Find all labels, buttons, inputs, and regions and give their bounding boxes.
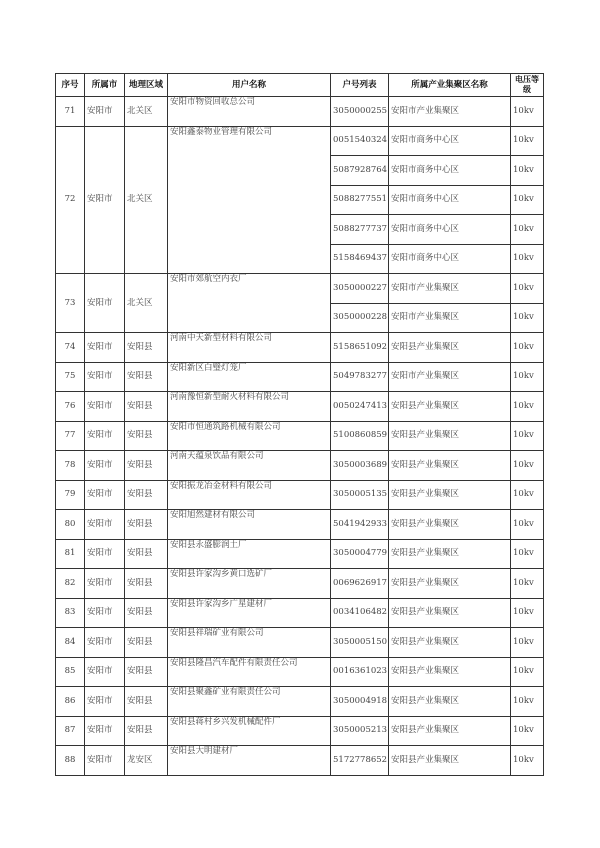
- cell-user-name: 安阳新区白璧灯笼厂: [168, 362, 331, 392]
- table-row: 87安阳市安阳县安阳县蒋村乡兴发机械配件厂3050005213安阳县产业集聚区1…: [56, 716, 544, 746]
- cell-area: 安阳县: [125, 333, 168, 363]
- table-header-row: 序号 所属市 地理区域 用户名称 户号列表 所属产业集聚区名称 电压等级: [56, 74, 544, 97]
- cell-cluster: 安阳市商务中心区: [389, 156, 511, 186]
- cell-city: 安阳市: [85, 569, 125, 599]
- cell-seq: 74: [56, 333, 85, 363]
- cell-voltage: 10kv: [511, 126, 544, 156]
- cell-account: 3050004918: [331, 687, 389, 717]
- cell-cluster: 安阳市产业集聚区: [389, 303, 511, 333]
- cell-city: 安阳市: [85, 746, 125, 776]
- cell-account: 0069626917: [331, 569, 389, 599]
- cell-area: 安阳县: [125, 510, 168, 540]
- cell-voltage: 10kv: [511, 362, 544, 392]
- cell-city: 安阳市: [85, 362, 125, 392]
- cell-seq: 77: [56, 421, 85, 451]
- cell-account: 5088277551: [331, 185, 389, 215]
- cell-seq: 76: [56, 392, 85, 422]
- table-row: 75安阳市安阳县安阳新区白璧灯笼厂5049783277安阳市产业集聚区10kv: [56, 362, 544, 392]
- cell-voltage: 10kv: [511, 421, 544, 451]
- cell-city: 安阳市: [85, 657, 125, 687]
- cell-city: 安阳市: [85, 97, 125, 127]
- cell-account: 3050004779: [331, 539, 389, 569]
- cell-user-name: 安阳县聚鑫矿业有限责任公司: [168, 687, 331, 717]
- table-row: 82安阳市安阳县安阳县许家沟乡黄口选矿厂0069626917安阳县产业集聚区10…: [56, 569, 544, 599]
- header-user-name: 用户名称: [168, 74, 331, 97]
- cell-area: 北关区: [125, 97, 168, 127]
- cell-account: 5100860859: [331, 421, 389, 451]
- table-row: 78安阳市安阳县河南天蕴泉饮品有限公司3050003689安阳县产业集聚区10k…: [56, 451, 544, 481]
- table-row: 80安阳市安阳县安阳旭然建材有限公司5041942933安阳县产业集聚区10kv: [56, 510, 544, 540]
- cell-account: 5088277737: [331, 215, 389, 245]
- cell-city: 安阳市: [85, 687, 125, 717]
- cell-voltage: 10kv: [511, 333, 544, 363]
- cell-account: 3050005213: [331, 716, 389, 746]
- cell-area: 安阳县: [125, 657, 168, 687]
- cell-user-name: 安阳市郊航空内衣厂: [168, 274, 331, 333]
- cell-voltage: 10kv: [511, 746, 544, 776]
- cell-city: 安阳市: [85, 274, 125, 333]
- cell-city: 安阳市: [85, 126, 125, 274]
- cell-seq: 75: [56, 362, 85, 392]
- cell-cluster: 安阳县产业集聚区: [389, 746, 511, 776]
- cell-account: 3050005135: [331, 480, 389, 510]
- cell-account: 5158651092: [331, 333, 389, 363]
- cell-voltage: 10kv: [511, 657, 544, 687]
- cell-cluster: 安阳县产业集聚区: [389, 598, 511, 628]
- cell-user-name: 河南天蕴泉饮品有限公司: [168, 451, 331, 481]
- cell-area: 安阳县: [125, 421, 168, 451]
- cell-voltage: 10kv: [511, 569, 544, 599]
- table-row: 74安阳市安阳县河南中天新型材料有限公司5158651092安阳县产业集聚区10…: [56, 333, 544, 363]
- table-row: 88安阳市龙安区安阳县大明建材厂5172778652安阳县产业集聚区10kv: [56, 746, 544, 776]
- table-row: 84安阳市安阳县安阳县祥瑞矿业有限公司3050005150安阳县产业集聚区10k…: [56, 628, 544, 658]
- cell-cluster: 安阳县产业集聚区: [389, 480, 511, 510]
- cell-city: 安阳市: [85, 510, 125, 540]
- cell-cluster: 安阳县产业集聚区: [389, 628, 511, 658]
- cell-cluster: 安阳县产业集聚区: [389, 657, 511, 687]
- cell-city: 安阳市: [85, 421, 125, 451]
- cell-user-name: 安阳鑫泰物业管理有限公司: [168, 126, 331, 274]
- cell-city: 安阳市: [85, 539, 125, 569]
- cell-cluster: 安阳县产业集聚区: [389, 569, 511, 599]
- cell-city: 安阳市: [85, 333, 125, 363]
- header-seq: 序号: [56, 74, 85, 97]
- cell-voltage: 10kv: [511, 451, 544, 481]
- cell-seq: 87: [56, 716, 85, 746]
- cell-city: 安阳市: [85, 716, 125, 746]
- cell-voltage: 10kv: [511, 480, 544, 510]
- cell-voltage: 10kv: [511, 303, 544, 333]
- cell-voltage: 10kv: [511, 274, 544, 304]
- header-voltage: 电压等级: [511, 74, 544, 97]
- cell-seq: 80: [56, 510, 85, 540]
- cell-account: 5049783277: [331, 362, 389, 392]
- table-body: 71安阳市北关区安阳市物资回收总公司3050000255安阳市产业集聚区10kv…: [56, 97, 544, 776]
- cell-cluster: 安阳县产业集聚区: [389, 451, 511, 481]
- header-city: 所属市: [85, 74, 125, 97]
- cell-user-name: 河南豫恒新型耐火材料有限公司: [168, 392, 331, 422]
- cell-voltage: 10kv: [511, 97, 544, 127]
- cell-cluster: 安阳市商务中心区: [389, 244, 511, 274]
- cell-user-name: 安阳振龙冶金材料有限公司: [168, 480, 331, 510]
- cell-voltage: 10kv: [511, 716, 544, 746]
- cell-account: 3050005150: [331, 628, 389, 658]
- cell-area: 安阳县: [125, 451, 168, 481]
- cell-user-name: 安阳市物资回收总公司: [168, 97, 331, 127]
- table-row: 83安阳市安阳县安阳县许家沟乡广星建材厂0034106482安阳县产业集聚区10…: [56, 598, 544, 628]
- cell-account: 5158469437: [331, 244, 389, 274]
- cell-voltage: 10kv: [511, 156, 544, 186]
- cell-user-name: 河南中天新型材料有限公司: [168, 333, 331, 363]
- cell-city: 安阳市: [85, 392, 125, 422]
- cell-cluster: 安阳县产业集聚区: [389, 421, 511, 451]
- user-cluster-table: 序号 所属市 地理区域 用户名称 户号列表 所属产业集聚区名称 电压等级 71安…: [55, 73, 544, 776]
- cell-cluster: 安阳县产业集聚区: [389, 539, 511, 569]
- cell-city: 安阳市: [85, 480, 125, 510]
- table-row: 85安阳市安阳县安阳县隆昌汽车配件有限责任公司0016361023安阳县产业集聚…: [56, 657, 544, 687]
- cell-area: 安阳县: [125, 362, 168, 392]
- cell-account: 5172778652: [331, 746, 389, 776]
- cell-user-name: 安阳市恒通筑路机械有限公司: [168, 421, 331, 451]
- cell-cluster: 安阳县产业集聚区: [389, 687, 511, 717]
- cell-city: 安阳市: [85, 628, 125, 658]
- cell-voltage: 10kv: [511, 392, 544, 422]
- cell-area: 安阳县: [125, 716, 168, 746]
- cell-seq: 86: [56, 687, 85, 717]
- header-area: 地理区域: [125, 74, 168, 97]
- cell-seq: 79: [56, 480, 85, 510]
- table-row: 73安阳市北关区安阳市郊航空内衣厂3050000227安阳市产业集聚区10kv: [56, 274, 544, 304]
- cell-cluster: 安阳市产业集聚区: [389, 97, 511, 127]
- cell-account: 3050000227: [331, 274, 389, 304]
- cell-voltage: 10kv: [511, 628, 544, 658]
- cell-area: 安阳县: [125, 598, 168, 628]
- cell-account: 0034106482: [331, 598, 389, 628]
- cell-seq: 72: [56, 126, 85, 274]
- cell-account: 3050003689: [331, 451, 389, 481]
- cell-account: 3050000255: [331, 97, 389, 127]
- cell-cluster: 安阳县产业集聚区: [389, 510, 511, 540]
- cell-seq: 84: [56, 628, 85, 658]
- table-row: 86安阳市安阳县安阳县聚鑫矿业有限责任公司3050004918安阳县产业集聚区1…: [56, 687, 544, 717]
- cell-user-name: 安阳县许家沟乡广星建材厂: [168, 598, 331, 628]
- table-row: 79安阳市安阳县安阳振龙冶金材料有限公司3050005135安阳县产业集聚区10…: [56, 480, 544, 510]
- cell-cluster: 安阳市商务中心区: [389, 215, 511, 245]
- cell-account: 3050000228: [331, 303, 389, 333]
- cell-user-name: 安阳县大明建材厂: [168, 746, 331, 776]
- cell-cluster: 安阳县产业集聚区: [389, 392, 511, 422]
- cell-area: 北关区: [125, 274, 168, 333]
- cell-area: 安阳县: [125, 569, 168, 599]
- cell-seq: 73: [56, 274, 85, 333]
- header-account-list: 户号列表: [331, 74, 389, 97]
- cell-seq: 85: [56, 657, 85, 687]
- cell-seq: 78: [56, 451, 85, 481]
- cell-city: 安阳市: [85, 451, 125, 481]
- cell-cluster: 安阳市商务中心区: [389, 185, 511, 215]
- cell-cluster: 安阳县产业集聚区: [389, 716, 511, 746]
- cell-voltage: 10kv: [511, 510, 544, 540]
- cell-account: 0051540324: [331, 126, 389, 156]
- cell-cluster: 安阳市产业集聚区: [389, 274, 511, 304]
- table-row: 76安阳市安阳县河南豫恒新型耐火材料有限公司0050247413安阳县产业集聚区…: [56, 392, 544, 422]
- cell-account: 5041942933: [331, 510, 389, 540]
- cell-seq: 71: [56, 97, 85, 127]
- cell-cluster: 安阳县产业集聚区: [389, 333, 511, 363]
- cell-user-name: 安阳县蒋村乡兴发机械配件厂: [168, 716, 331, 746]
- cell-seq: 81: [56, 539, 85, 569]
- cell-area: 北关区: [125, 126, 168, 274]
- cell-area: 龙安区: [125, 746, 168, 776]
- table-row: 81安阳市安阳县安阳县永盛膨润土厂3050004779安阳县产业集聚区10kv: [56, 539, 544, 569]
- cell-user-name: 安阳县祥瑞矿业有限公司: [168, 628, 331, 658]
- table-row: 77安阳市安阳县安阳市恒通筑路机械有限公司5100860859安阳县产业集聚区1…: [56, 421, 544, 451]
- table-row: 72安阳市北关区安阳鑫泰物业管理有限公司0051540324安阳市商务中心区10…: [56, 126, 544, 156]
- cell-voltage: 10kv: [511, 244, 544, 274]
- cell-cluster: 安阳市商务中心区: [389, 126, 511, 156]
- cell-user-name: 安阳旭然建材有限公司: [168, 510, 331, 540]
- cell-area: 安阳县: [125, 687, 168, 717]
- cell-account: 0050247413: [331, 392, 389, 422]
- table-row: 71安阳市北关区安阳市物资回收总公司3050000255安阳市产业集聚区10kv: [56, 97, 544, 127]
- cell-voltage: 10kv: [511, 687, 544, 717]
- cell-seq: 88: [56, 746, 85, 776]
- cell-voltage: 10kv: [511, 598, 544, 628]
- cell-user-name: 安阳县许家沟乡黄口选矿厂: [168, 569, 331, 599]
- cell-user-name: 安阳县永盛膨润土厂: [168, 539, 331, 569]
- cell-user-name: 安阳县隆昌汽车配件有限责任公司: [168, 657, 331, 687]
- cell-area: 安阳县: [125, 480, 168, 510]
- cell-voltage: 10kv: [511, 539, 544, 569]
- cell-area: 安阳县: [125, 628, 168, 658]
- header-cluster-name: 所属产业集聚区名称: [389, 74, 511, 97]
- cell-voltage: 10kv: [511, 215, 544, 245]
- cell-voltage: 10kv: [511, 185, 544, 215]
- cell-seq: 83: [56, 598, 85, 628]
- cell-area: 安阳县: [125, 539, 168, 569]
- cell-cluster: 安阳市产业集聚区: [389, 362, 511, 392]
- cell-area: 安阳县: [125, 392, 168, 422]
- cell-account: 5087928764: [331, 156, 389, 186]
- cell-city: 安阳市: [85, 598, 125, 628]
- cell-seq: 82: [56, 569, 85, 599]
- cell-account: 0016361023: [331, 657, 389, 687]
